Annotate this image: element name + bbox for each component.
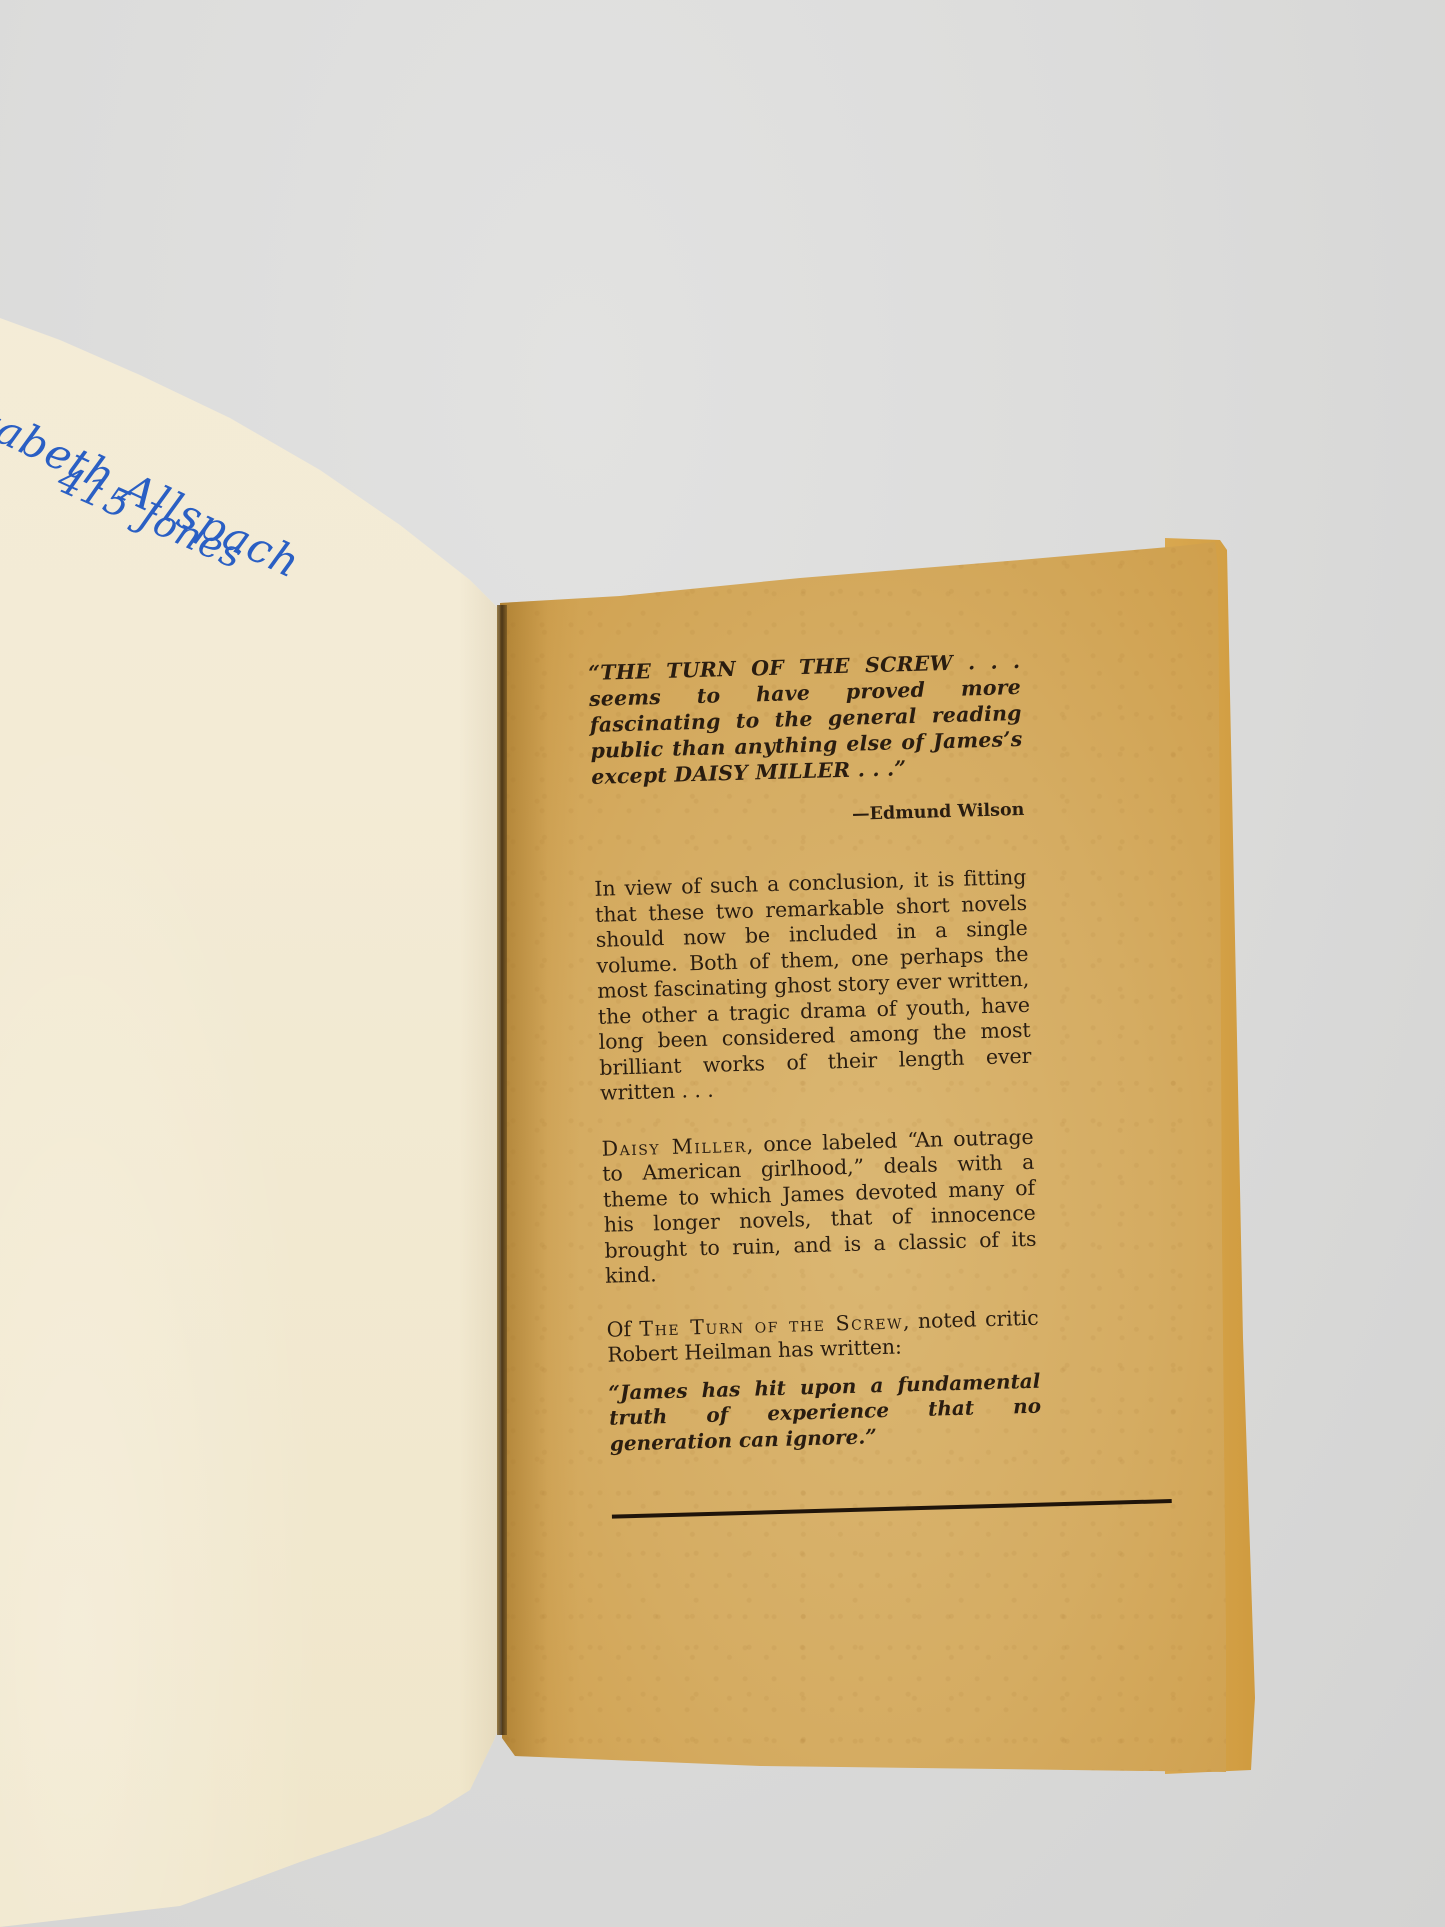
- heilman-quote: “James has hit upon a fundamental truth …: [608, 1368, 1042, 1457]
- blurb-text-block: “THE TURN OF THE SCREW . . . seems to ha…: [588, 648, 1044, 1519]
- quote-attribution: —Edmund Wilson: [592, 800, 1024, 832]
- intro-paragraph: In view of such a conclusion, it is fitt…: [594, 865, 1032, 1106]
- turn-of-screw-paragraph: Of The Turn of the Screw, noted critic R…: [606, 1305, 1039, 1368]
- lead-word: Of: [606, 1316, 639, 1341]
- daisy-miller-paragraph: Daisy Miller, once labeled “An outrage t…: [601, 1124, 1037, 1289]
- book-gutter: [497, 605, 507, 1735]
- critic-quote: “THE TURN OF THE SCREW . . . seems to ha…: [588, 648, 1023, 790]
- left-endpaper: [0, 0, 510, 1927]
- title-daisy-miller: Daisy Miller: [601, 1132, 747, 1160]
- page-shading: [0, 0, 510, 1927]
